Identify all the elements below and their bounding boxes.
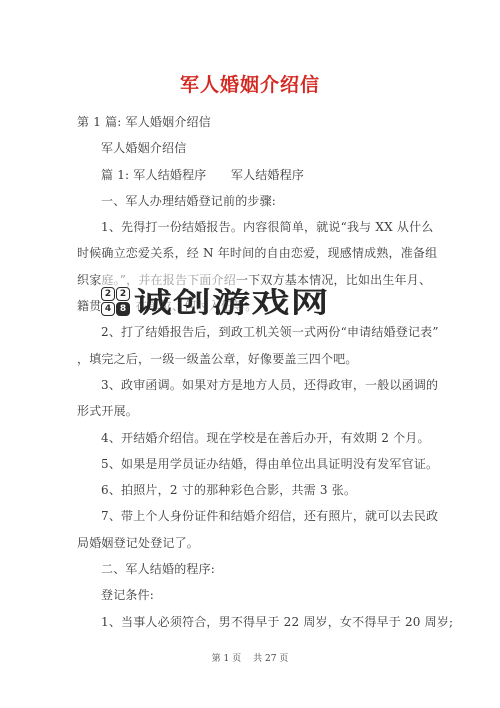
- page-footer: 第 1 页共 27 页: [0, 651, 500, 664]
- watermark-logo-icon: 2 2 4 8: [101, 287, 130, 316]
- doc-line: 二、军人结婚的程序:: [77, 556, 429, 582]
- doc-line: 7、带上个人身份证件和结婚介绍信，还有照片，就可以去民政: [77, 503, 429, 529]
- doc-line: 时候确立恋爱关系，经 N 年时间的自由恋爱，现感情成熟，准备组: [77, 240, 429, 266]
- doc-line: 登记条件:: [77, 582, 429, 608]
- doc-line-segment: 织家: [77, 273, 101, 287]
- footer-total-pages: 共 27 页: [253, 654, 288, 664]
- doc-line: 1、先得打一份结婚报告。内容很简单，就说“我与 XX 从什么: [77, 214, 429, 240]
- doc-line: 篇 1: 军人结婚程序 军人结婚程序: [77, 162, 429, 188]
- doc-line: 一、军人办理结婚登记前的步骤:: [77, 188, 429, 214]
- logo-digit: 4: [101, 302, 115, 316]
- doc-line: ，填完之后，一级一级盖公章，好像要盖三四个吧。: [77, 346, 429, 372]
- doc-line: 6、拍照片，2 寸的那种彩色合影，共需 3 张。: [77, 477, 429, 503]
- logo-digit: 2: [116, 287, 130, 301]
- doc-line: 2、打了结婚报告后，到政工机关领一式两份“申请结婚登记表”: [77, 319, 429, 345]
- footer-page-number: 第 1 页: [212, 654, 241, 664]
- document-body: 第 1 篇: 军人婚姻介绍信 军人婚姻介绍信 篇 1: 军人结婚程序 军人结婚程…: [77, 109, 429, 635]
- doc-line: 形式开展。: [77, 398, 429, 424]
- document-title: 军人婚姻介绍信: [0, 70, 500, 97]
- doc-line: 军人婚姻介绍信: [77, 135, 429, 161]
- doc-line: 1、当事人必须符合，男不得早于 22 周岁，女不得早于 20 周岁;: [77, 609, 429, 635]
- doc-line: 5、如果是用学员证办结婚，得由单位出具证明没有发军官证。: [77, 451, 429, 477]
- logo-digit: 8: [116, 302, 130, 316]
- doc-line: 3、政审函调。如果对方是地方人员，还得政审，一般以函调的: [77, 372, 429, 398]
- document-page: 军人婚姻介绍信 第 1 篇: 军人婚姻介绍信 军人婚姻介绍信 篇 1: 军人结婚…: [0, 0, 500, 708]
- doc-line-segment: 籍贯: [77, 299, 101, 313]
- watermark-site-name: 诚创游戏网: [134, 281, 330, 321]
- logo-digit: 2: [101, 287, 115, 301]
- watermark: 2 2 4 8 诚创游戏网: [101, 283, 279, 319]
- doc-line: 局婚姻登记处登记了。: [77, 530, 429, 556]
- doc-line: 第 1 篇: 军人婚姻介绍信: [77, 109, 429, 135]
- doc-line: 4、开结婚介绍信。现在学校是在善后办开，有效期 2 个月。: [77, 425, 429, 451]
